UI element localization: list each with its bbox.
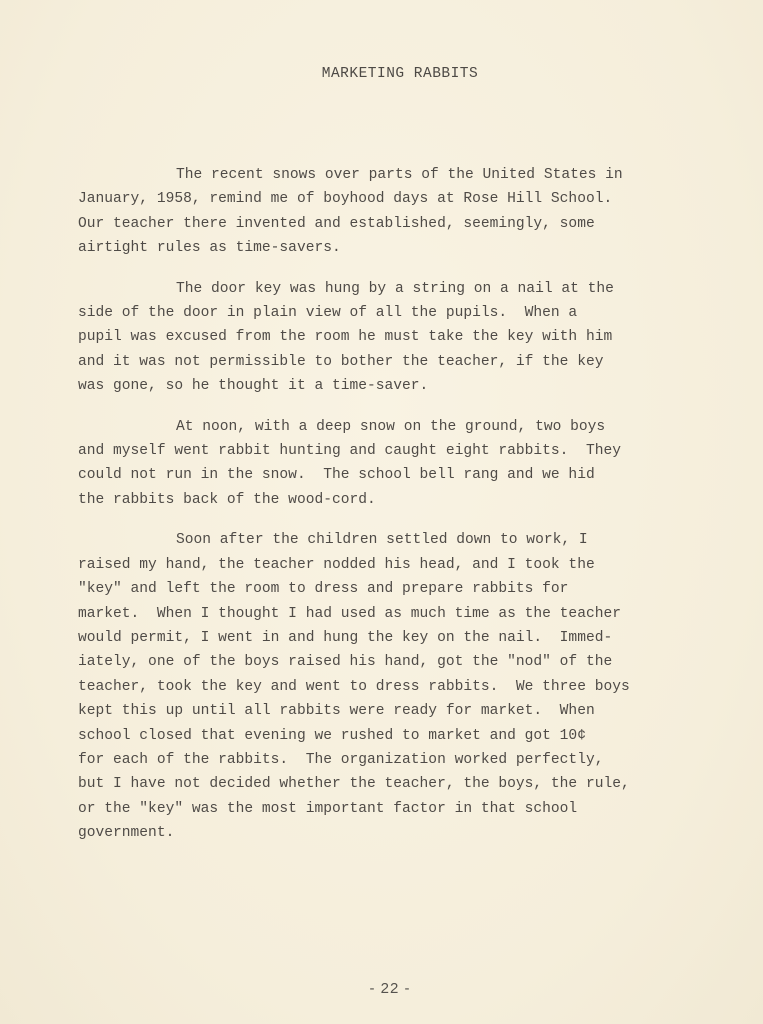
text-line: Our teacher there invented and establish… — [78, 212, 718, 236]
text-line: but I have not decided whether the teach… — [78, 772, 718, 796]
text-line: "key" and left the room to dress and pre… — [78, 577, 718, 601]
text-line: could not run in the snow. The school be… — [78, 463, 718, 487]
text-line: At noon, with a deep snow on the ground,… — [78, 415, 718, 439]
text-line: school closed that evening we rushed to … — [78, 724, 718, 748]
text-line: teacher, took the key and went to dress … — [78, 675, 718, 699]
text-line: Soon after the children settled down to … — [78, 528, 718, 552]
text-line: for each of the rabbits. The organizatio… — [78, 748, 718, 772]
text-line: airtight rules as time-savers. — [78, 236, 718, 260]
text-line: The recent snows over parts of the Unite… — [78, 163, 718, 187]
text-line: and myself went rabbit hunting and caugh… — [78, 439, 718, 463]
paragraph-2: The door key was hung by a string on a n… — [78, 277, 718, 399]
paragraph-1: The recent snows over parts of the Unite… — [78, 163, 718, 261]
text-line: January, 1958, remind me of boyhood days… — [78, 187, 718, 211]
text-line: or the "key" was the most important fact… — [78, 797, 718, 821]
document-page: MARKETING RABBITS The recent snows over … — [0, 0, 763, 1024]
text-line: would permit, I went in and hung the key… — [78, 626, 718, 650]
text-line: kept this up until all rabbits were read… — [78, 699, 718, 723]
text-line: was gone, so he thought it a time-saver. — [78, 374, 718, 398]
paragraph-3: At noon, with a deep snow on the ground,… — [78, 415, 718, 513]
text-line: government. — [78, 821, 718, 845]
text-line: raised my hand, the teacher nodded his h… — [78, 553, 718, 577]
text-line: market. When I thought I had used as muc… — [78, 602, 718, 626]
text-line: The door key was hung by a string on a n… — [78, 277, 718, 301]
body-text: The recent snows over parts of the Unite… — [78, 163, 718, 862]
text-line: iately, one of the boys raised his hand,… — [78, 650, 718, 674]
text-line: and it was not permissible to bother the… — [78, 350, 718, 374]
text-line: pupil was excused from the room he must … — [78, 325, 718, 349]
page-title: MARKETING RABBITS — [0, 66, 763, 82]
text-line: side of the door in plain view of all th… — [78, 301, 718, 325]
paragraph-4: Soon after the children settled down to … — [78, 528, 718, 845]
page-number: - 22 - — [0, 980, 763, 997]
text-line: the rabbits back of the wood-cord. — [78, 488, 718, 512]
